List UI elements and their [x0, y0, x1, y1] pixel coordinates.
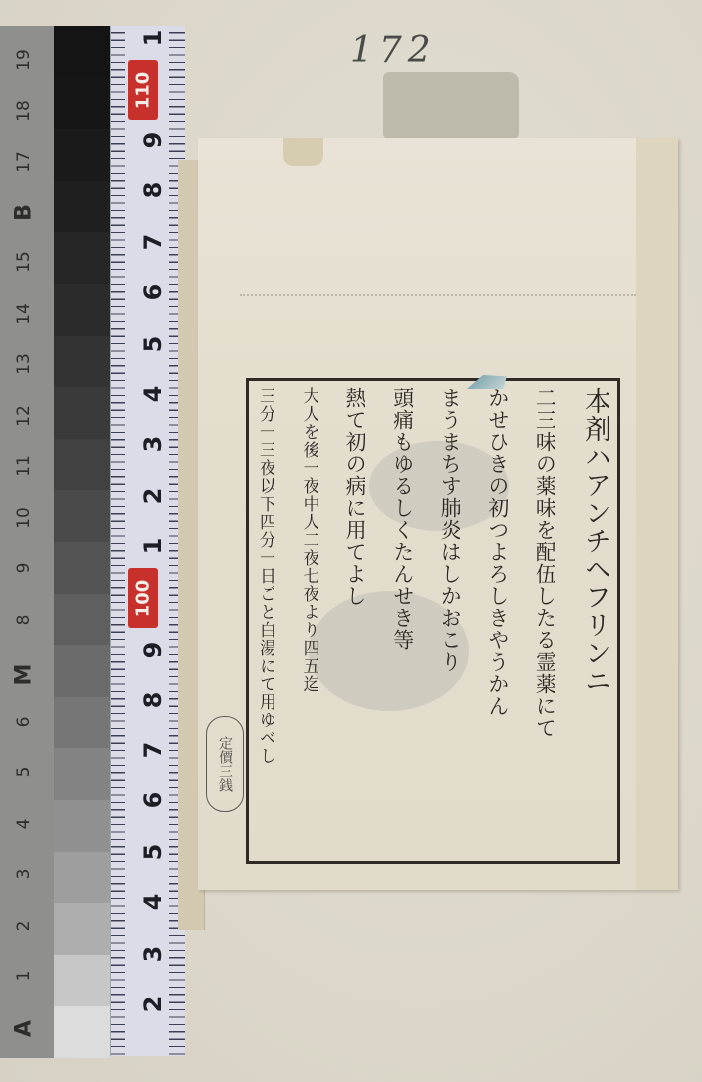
hinge-tape — [383, 72, 519, 138]
gray-patch — [54, 78, 110, 130]
ruler-number: 4 — [139, 377, 167, 411]
paper-stain — [283, 138, 323, 166]
gray-patch — [54, 645, 110, 697]
ruler-number: 6 — [139, 783, 167, 817]
ruler-number: 8 — [139, 683, 167, 717]
card-letter-b: B — [12, 193, 37, 233]
text-column: 三分一三夜以下四分一日ごと白湯にて用ゆべし — [257, 387, 274, 855]
text-column: 熱て初の病に用てよし — [344, 387, 365, 855]
gray-patch — [54, 232, 110, 284]
card-number: 3 — [14, 854, 34, 894]
gray-patch — [54, 490, 110, 542]
gray-patch — [54, 594, 110, 646]
ruler-number: 5 — [139, 327, 167, 361]
card-number: 14 — [14, 294, 34, 334]
card-number: 19 — [14, 40, 34, 80]
card-number: 11 — [14, 446, 34, 486]
gray-patch — [54, 748, 110, 800]
ruler-number: 7 — [139, 733, 167, 767]
gray-patch — [54, 955, 110, 1007]
text-column: 本剤ハアンチヘフリンニ — [582, 387, 609, 855]
vertical-text: 本剤ハアンチヘフリンニ 二三味の薬味を配伍したる霊薬にて かせひきの初つよろしき… — [257, 387, 609, 855]
gray-patch — [54, 852, 110, 904]
ruler-number: 2 — [139, 479, 167, 513]
card-number: 1 — [14, 956, 34, 996]
ruler-number: 1 — [139, 21, 167, 55]
text-column: かせひきの初つよろしきやうかん — [487, 387, 508, 855]
text-column: 二三味の薬味を配伍したる霊薬にて — [534, 387, 555, 855]
ruler-number: 7 — [139, 225, 167, 259]
ruler-number: 8 — [139, 173, 167, 207]
card-number: 13 — [14, 344, 34, 384]
gray-patch — [54, 1006, 110, 1058]
card-number: 10 — [14, 498, 34, 538]
card-number: 15 — [14, 242, 34, 282]
card-letter-m: M — [12, 655, 37, 695]
gray-patch — [54, 800, 110, 852]
gray-patch — [54, 439, 110, 491]
handwritten-page-number: 172 — [350, 30, 437, 71]
ruler-number: 4 — [139, 885, 167, 919]
card-letter-a: A — [12, 1009, 37, 1049]
color-reference-card: 19 18 17 B 15 14 13 12 11 10 9 8 M 6 5 4… — [0, 26, 54, 1058]
ruler-number: 9 — [139, 123, 167, 157]
card-number: 17 — [14, 142, 34, 182]
text-column: 頭痛もゆるしくたんせき等 — [392, 387, 413, 855]
card-number: 8 — [14, 600, 34, 640]
ruler-number: 6 — [139, 275, 167, 309]
paper-fold-edge — [636, 138, 678, 890]
gray-patch — [54, 903, 110, 955]
card-number: 4 — [14, 804, 34, 844]
card-number: 18 — [14, 91, 34, 131]
ruler-badge-100: 100 — [128, 568, 158, 628]
ruler-number: 2 — [139, 987, 167, 1021]
gray-patch — [54, 181, 110, 233]
card-number: 5 — [14, 752, 34, 792]
gray-patch — [54, 26, 110, 78]
ruler-number: 1 — [139, 529, 167, 563]
card-number: 9 — [14, 548, 34, 588]
ruler-number: 3 — [139, 937, 167, 971]
text-column: 大人を後一夜中人二夜七夜より四五迄 — [301, 387, 318, 855]
gray-patch — [54, 542, 110, 594]
gray-patch — [54, 387, 110, 439]
gray-patch — [54, 284, 110, 336]
ruler-badge-110: 110 — [128, 60, 158, 120]
text-column: まうまちす肺炎はしかおこり — [439, 387, 460, 855]
gray-patch — [54, 336, 110, 388]
price-stamp: 定價三銭 — [206, 716, 244, 812]
printed-text-box: 本剤ハアンチヘフリンニ 二三味の薬味を配伍したる霊薬にて かせひきの初つよろしき… — [246, 378, 620, 864]
ruler-number: 3 — [139, 427, 167, 461]
printed-leaflet: 本剤ハアンチヘフリンニ 二三味の薬味を配伍したる霊薬にて かせひきの初つよろしき… — [198, 138, 678, 890]
card-number: 6 — [14, 702, 34, 742]
gray-patch — [54, 129, 110, 181]
gray-patch — [54, 697, 110, 749]
ruler-number: 5 — [139, 835, 167, 869]
card-number: 12 — [14, 396, 34, 436]
show-through-frame — [240, 294, 636, 342]
ruler-number: 9 — [139, 633, 167, 667]
grayscale-strip — [54, 26, 110, 1058]
card-number: 2 — [14, 906, 34, 946]
